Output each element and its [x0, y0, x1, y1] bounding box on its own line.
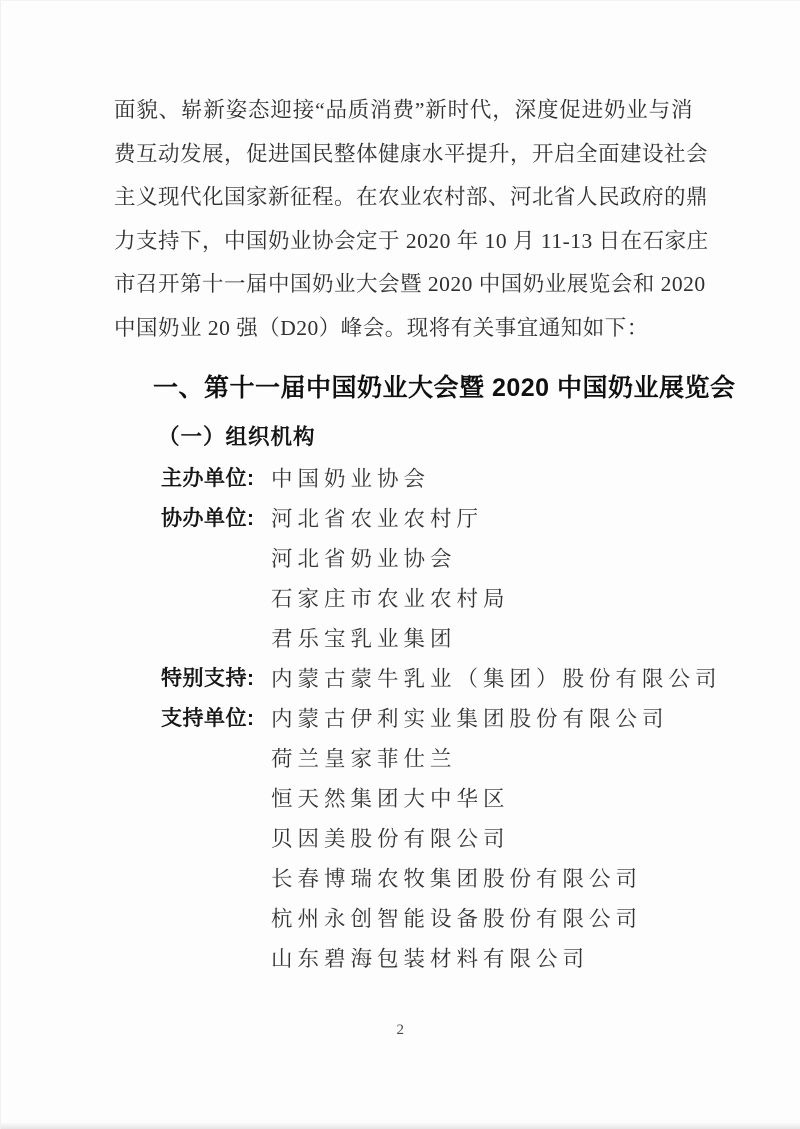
paragraph-line: 费互动发展，促进国民整体健康水平提升，开启全面建设社会: [114, 133, 693, 177]
org-role-label: 主办单位:: [161, 459, 271, 499]
org-name: 河北省农业农村厅: [271, 499, 483, 539]
org-row: 特别支持:内蒙古蒙牛乳业（集团）股份有限公司: [161, 659, 721, 699]
org-role-label: 协办单位:: [161, 499, 271, 539]
org-row: 协办单位:河北省农业农村厅: [161, 499, 721, 539]
org-row: 君乐宝乳业集团: [161, 619, 721, 659]
paragraph-line: 中国奶业 20 强（D20）峰会。现将有关事宜通知如下：: [114, 307, 693, 351]
org-name: 杭州永创智能设备股份有限公司: [271, 899, 642, 939]
document-page: 面貌、崭新姿态迎接“品质消费”新时代，深度促进奶业与消 费互动发展，促进国民整体…: [0, 0, 800, 1129]
org-name: 山东碧海包装材料有限公司: [271, 939, 589, 979]
scan-edge-shadow: [1, 1122, 800, 1129]
org-row: 石家庄市农业农村局: [161, 579, 721, 619]
section-subheading: （一）组织机构: [158, 423, 316, 451]
paragraph-line: 主义现代化国家新征程。在农业农村部、河北省人民政府的鼎: [114, 176, 693, 220]
org-name: 贝因美股份有限公司: [271, 819, 510, 859]
org-role-label: 特别支持:: [161, 659, 271, 699]
org-row: 恒天然集团大中华区: [161, 779, 721, 819]
section-heading: 一、第十一届中国奶业大会暨 2020 中国奶业展览会: [153, 372, 713, 404]
org-name: 河北省奶业协会: [271, 539, 457, 579]
org-row: 贝因美股份有限公司: [161, 819, 721, 859]
org-row: 山东碧海包装材料有限公司: [161, 939, 721, 979]
org-row: 支持单位:内蒙古伊利实业集团股份有限公司: [161, 699, 721, 739]
org-row: 主办单位:中国奶业协会: [161, 459, 721, 499]
org-row: 杭州永创智能设备股份有限公司: [161, 899, 721, 939]
org-name: 石家庄市农业农村局: [271, 579, 510, 619]
paragraph-line: 市召开第十一届中国奶业大会暨 2020 中国奶业展览会和 2020: [114, 263, 693, 307]
page-number: 2: [1, 1022, 800, 1039]
org-name: 君乐宝乳业集团: [271, 619, 457, 659]
org-name: 荷兰皇家菲仕兰: [271, 739, 457, 779]
org-name: 长春博瑞农牧集团股份有限公司: [271, 859, 642, 899]
paragraph-line: 力支持下，中国奶业协会定于 2020 年 10 月 11-13 日在石家庄: [114, 220, 693, 264]
org-name: 内蒙古伊利实业集团股份有限公司: [271, 699, 669, 739]
org-name: 恒天然集团大中华区: [271, 779, 510, 819]
org-name: 内蒙古蒙牛乳业（集团）股份有限公司: [271, 659, 722, 699]
body-paragraph: 面貌、崭新姿态迎接“品质消费”新时代，深度促进奶业与消 费互动发展，促进国民整体…: [114, 89, 693, 350]
org-role-label: 支持单位:: [161, 699, 271, 739]
organizer-list: 主办单位:中国奶业协会 协办单位:河北省农业农村厅 河北省奶业协会 石家庄市农业…: [161, 459, 721, 979]
org-row: 荷兰皇家菲仕兰: [161, 739, 721, 779]
org-row: 河北省奶业协会: [161, 539, 721, 579]
paragraph-line: 面貌、崭新姿态迎接“品质消费”新时代，深度促进奶业与消: [114, 89, 693, 133]
org-name: 中国奶业协会: [271, 459, 430, 499]
org-row: 长春博瑞农牧集团股份有限公司: [161, 859, 721, 899]
